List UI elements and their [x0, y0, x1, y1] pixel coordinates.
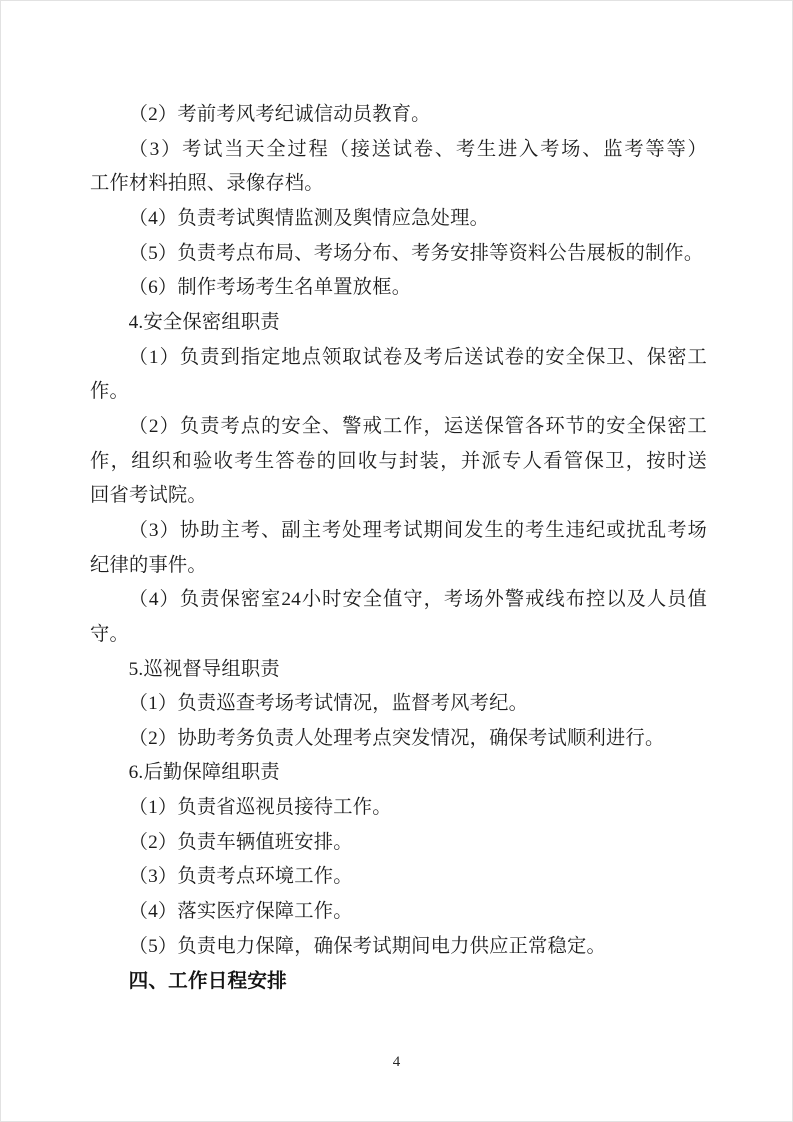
page-number: 4	[393, 1054, 401, 1070]
text-line: 四、工作日程安排	[90, 964, 707, 999]
paragraph: （5）负责电力保障，确保考试期间电力供应正常稳定。	[90, 930, 707, 965]
paragraph: 6.后勤保障组职责	[90, 756, 707, 791]
paragraph: （4）负责保密室24小时安全值守，考场外警戒线布控以及人员值守。	[90, 583, 707, 652]
paragraph: （1）负责到指定地点领取试卷及考后送试卷的安全保卫、保密工作。	[90, 341, 707, 410]
text-line: （3）考试当天全过程（接送试卷、考生进入考场、监考等等）	[90, 133, 707, 168]
section-heading: 四、工作日程安排	[90, 964, 707, 999]
paragraph: （2）协助考务负责人处理考点突发情况，确保考试顺利进行。	[90, 722, 707, 757]
text-line: 6.后勤保障组职责	[90, 756, 707, 791]
text-line: （4）负责保密室24小时安全值守，考场外警戒线布控以及人员值	[90, 583, 707, 618]
paragraph: （2）考前考风考纪诚信动员教育。	[90, 98, 707, 133]
paragraph: （2）负责考点的安全、警戒工作，运送保管各环节的安全保密工作，组织和验收考生答卷…	[90, 410, 707, 514]
paragraph: （1）负责省巡视员接待工作。	[90, 791, 707, 826]
text-line: （2）负责车辆值班安排。	[90, 826, 707, 861]
text-line: 5.巡视督导组职责	[90, 653, 707, 688]
paragraph: （3）负责考点环境工作。	[90, 860, 707, 895]
paragraph: （4）负责考试舆情监测及舆情应急处理。	[90, 202, 707, 237]
text-line: 守。	[90, 618, 707, 653]
text-line: （1）负责到指定地点领取试卷及考后送试卷的安全保卫、保密工	[90, 341, 707, 376]
paragraph: 4.安全保密组职责	[90, 306, 707, 341]
paragraph: （1）负责巡查考场考试情况，监督考风考纪。	[90, 687, 707, 722]
text-line: （5）负责考点布局、考场分布、考务安排等资料公告展板的制作。	[90, 237, 707, 272]
text-line: 4.安全保密组职责	[90, 306, 707, 341]
paragraph: （3）考试当天全过程（接送试卷、考生进入考场、监考等等）工作材料拍照、录像存档。	[90, 133, 707, 202]
text-line: （5）负责电力保障，确保考试期间电力供应正常稳定。	[90, 930, 707, 965]
text-line: （6）制作考场考生名单置放框。	[90, 271, 707, 306]
text-line: （4）负责考试舆情监测及舆情应急处理。	[90, 202, 707, 237]
text-line: （1）负责巡查考场考试情况，监督考风考纪。	[90, 687, 707, 722]
text-line: 作，组织和验收考生答卷的回收与封装，并派专人看管保卫，按时送	[90, 445, 707, 480]
text-line: （2）协助考务负责人处理考点突发情况，确保考试顺利进行。	[90, 722, 707, 757]
text-line: （2）负责考点的安全、警戒工作，运送保管各环节的安全保密工	[90, 410, 707, 445]
paragraph: 5.巡视督导组职责	[90, 653, 707, 688]
text-line: （3）负责考点环境工作。	[90, 860, 707, 895]
paragraph: （2）负责车辆值班安排。	[90, 826, 707, 861]
document-body: （2）考前考风考纪诚信动员教育。（3）考试当天全过程（接送试卷、考生进入考场、监…	[90, 98, 707, 999]
text-line: 工作材料拍照、录像存档。	[90, 167, 707, 202]
paragraph: （6）制作考场考生名单置放框。	[90, 271, 707, 306]
text-line: （1）负责省巡视员接待工作。	[90, 791, 707, 826]
text-line: 回省考试院。	[90, 479, 707, 514]
paragraph: （4）落实医疗保障工作。	[90, 895, 707, 930]
text-line: （2）考前考风考纪诚信动员教育。	[90, 98, 707, 133]
page-footer: 4	[1, 1053, 792, 1071]
text-line: （4）落实医疗保障工作。	[90, 895, 707, 930]
paragraph: （3）协助主考、副主考处理考试期间发生的考生违纪或扰乱考场纪律的事件。	[90, 514, 707, 583]
text-line: 纪律的事件。	[90, 549, 707, 584]
text-line: （3）协助主考、副主考处理考试期间发生的考生违纪或扰乱考场	[90, 514, 707, 549]
paragraph: （5）负责考点布局、考场分布、考务安排等资料公告展板的制作。	[90, 237, 707, 272]
document-page: （2）考前考风考纪诚信动员教育。（3）考试当天全过程（接送试卷、考生进入考场、监…	[0, 0, 793, 1122]
text-line: 作。	[90, 375, 707, 410]
